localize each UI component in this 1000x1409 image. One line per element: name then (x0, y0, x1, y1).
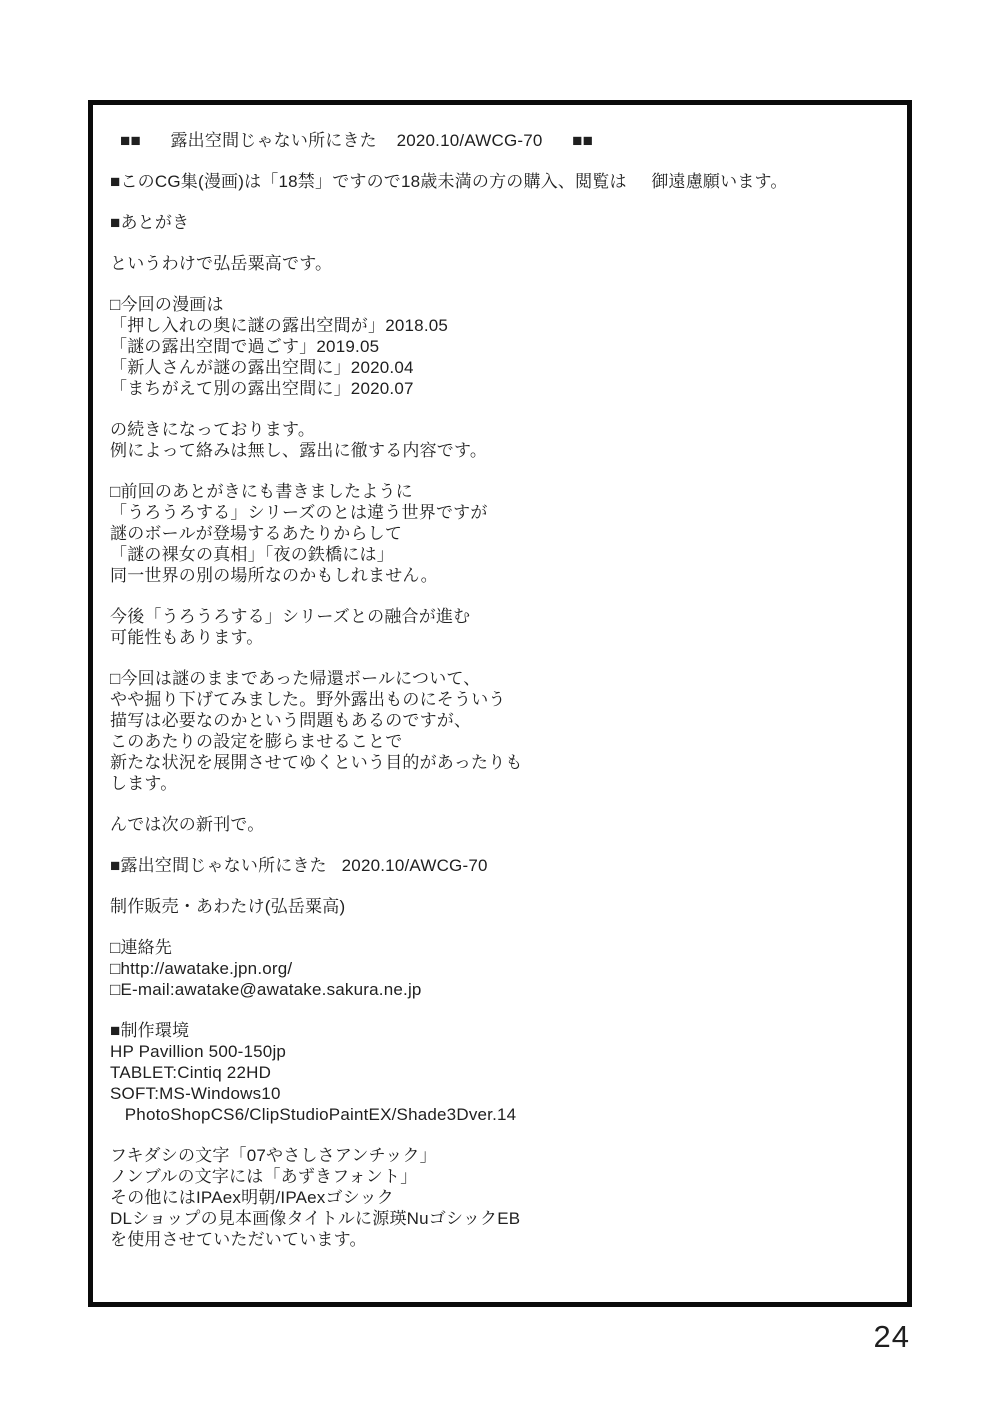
text-line: 制作販売・あわたけ(弘岳粟高) (110, 896, 901, 917)
text-line: 可能性もあります。 (110, 627, 901, 648)
text-line: 描写は必要なのかという問題もあるのですが、 (110, 710, 901, 731)
text-line: というわけで弘岳粟高です。 (110, 253, 901, 274)
afterword-text: ■■ 露出空間じゃない所にきた 2020.10/AWCG-70 ■■■このCG集… (110, 130, 901, 1270)
text-line: PhotoShopCS6/ClipStudioPaintEX/Shade3Dve… (110, 1104, 901, 1125)
text-line: □今回の漫画は (110, 294, 901, 315)
text-line: ■■ 露出空間じゃない所にきた 2020.10/AWCG-70 ■■ (120, 130, 901, 151)
text-line: 新たな状況を展開させてゆくという目的があったりも (110, 752, 901, 773)
afterword-frame: ■■ 露出空間じゃない所にきた 2020.10/AWCG-70 ■■■このCG集… (88, 100, 912, 1307)
page-number: 24 (0, 1318, 910, 1356)
paragraph: ■■ 露出空間じゃない所にきた 2020.10/AWCG-70 ■■ (110, 130, 901, 151)
text-line: フキダシの文字「07やさしさアンチック」 (110, 1145, 901, 1166)
text-line: □前回のあとがきにも書きましたように (110, 481, 901, 502)
text-line: 謎のボールが登場するあたりからして (110, 523, 901, 544)
text-line: します。 (110, 773, 901, 794)
text-line: ■露出空間じゃない所にきた 2020.10/AWCG-70 (110, 855, 901, 876)
text-line: んでは次の新刊で。 (110, 814, 901, 835)
text-line: 「謎の露出空間で過ごす」2019.05 (110, 336, 901, 357)
text-line: □連絡先 (110, 937, 901, 958)
text-line: TABLET:Cintiq 22HD (110, 1062, 901, 1083)
paragraph: □今回は謎のままであった帰還ボールについて、やや掘り下げてみました。野外露出もの… (110, 668, 901, 794)
paragraph: というわけで弘岳粟高です。 (110, 253, 901, 274)
text-line: を使用させていただいています。 (110, 1229, 901, 1250)
text-line: 「うろうろする」シリーズのとは違う世界ですが (110, 502, 901, 523)
paragraph: フキダシの文字「07やさしさアンチック」ノンブルの文字には「あずきフォント」その… (110, 1145, 901, 1250)
text-line: □今回は謎のままであった帰還ボールについて、 (110, 668, 901, 689)
text-line: ■このCG集(漫画)は「18禁」ですので18歳未満の方の購入、閲覧は 御遠慮願い… (110, 171, 901, 192)
paragraph: □今回の漫画は「押し入れの奥に謎の露出空間が」2018.05「謎の露出空間で過ご… (110, 294, 901, 399)
text-line: その他にはIPAex明朝/IPAexゴシック (110, 1187, 901, 1208)
text-line: 「謎の裸女の真相」「夜の鉄橋には」 (110, 544, 901, 565)
paragraph: 制作販売・あわたけ(弘岳粟高) (110, 896, 901, 917)
text-line: HP Pavillion 500-150jp (110, 1041, 901, 1062)
text-line: やや掘り下げてみました。野外露出ものにそういう (110, 689, 901, 710)
document-page: ■■ 露出空間じゃない所にきた 2020.10/AWCG-70 ■■■このCG集… (0, 0, 1000, 1409)
text-line: の続きになっております。 (110, 419, 901, 440)
paragraph: □連絡先□http://awatake.jpn.org/□E-mail:awat… (110, 937, 901, 1000)
text-line: ■あとがき (110, 212, 901, 233)
text-line: 「押し入れの奥に謎の露出空間が」2018.05 (110, 315, 901, 336)
paragraph: ■制作環境HP Pavillion 500-150jpTABLET:Cintiq… (110, 1020, 901, 1125)
text-line: ■制作環境 (110, 1020, 901, 1041)
text-line: 例によって絡みは無し、露出に徹する内容です。 (110, 440, 901, 461)
paragraph: んでは次の新刊で。 (110, 814, 901, 835)
paragraph: ■あとがき (110, 212, 901, 233)
text-line: 今後「うろうろする」シリーズとの融合が進む (110, 606, 901, 627)
paragraph: □前回のあとがきにも書きましたように「うろうろする」シリーズのとは違う世界ですが… (110, 481, 901, 586)
text-line: 「新人さんが謎の露出空間に」2020.04 (110, 357, 901, 378)
paragraph: 今後「うろうろする」シリーズとの融合が進む可能性もあります。 (110, 606, 901, 648)
text-line: □E-mail:awatake@awatake.sakura.ne.jp (110, 979, 901, 1000)
text-line: このあたりの設定を膨らませることで (110, 731, 901, 752)
text-line: SOFT:MS-Windows10 (110, 1083, 901, 1104)
text-line: □http://awatake.jpn.org/ (110, 958, 901, 979)
text-line: ノンブルの文字には「あずきフォント」 (110, 1166, 901, 1187)
paragraph: ■このCG集(漫画)は「18禁」ですので18歳未満の方の購入、閲覧は 御遠慮願い… (110, 171, 901, 192)
text-line: DLショップの見本画像タイトルに源瑛NuゴシックEB (110, 1208, 901, 1229)
paragraph: ■露出空間じゃない所にきた 2020.10/AWCG-70 (110, 855, 901, 876)
paragraph: の続きになっております。例によって絡みは無し、露出に徹する内容です。 (110, 419, 901, 461)
text-line: 同一世界の別の場所なのかもしれません。 (110, 565, 901, 586)
text-line: 「まちがえて別の露出空間に」2020.07 (110, 378, 901, 399)
